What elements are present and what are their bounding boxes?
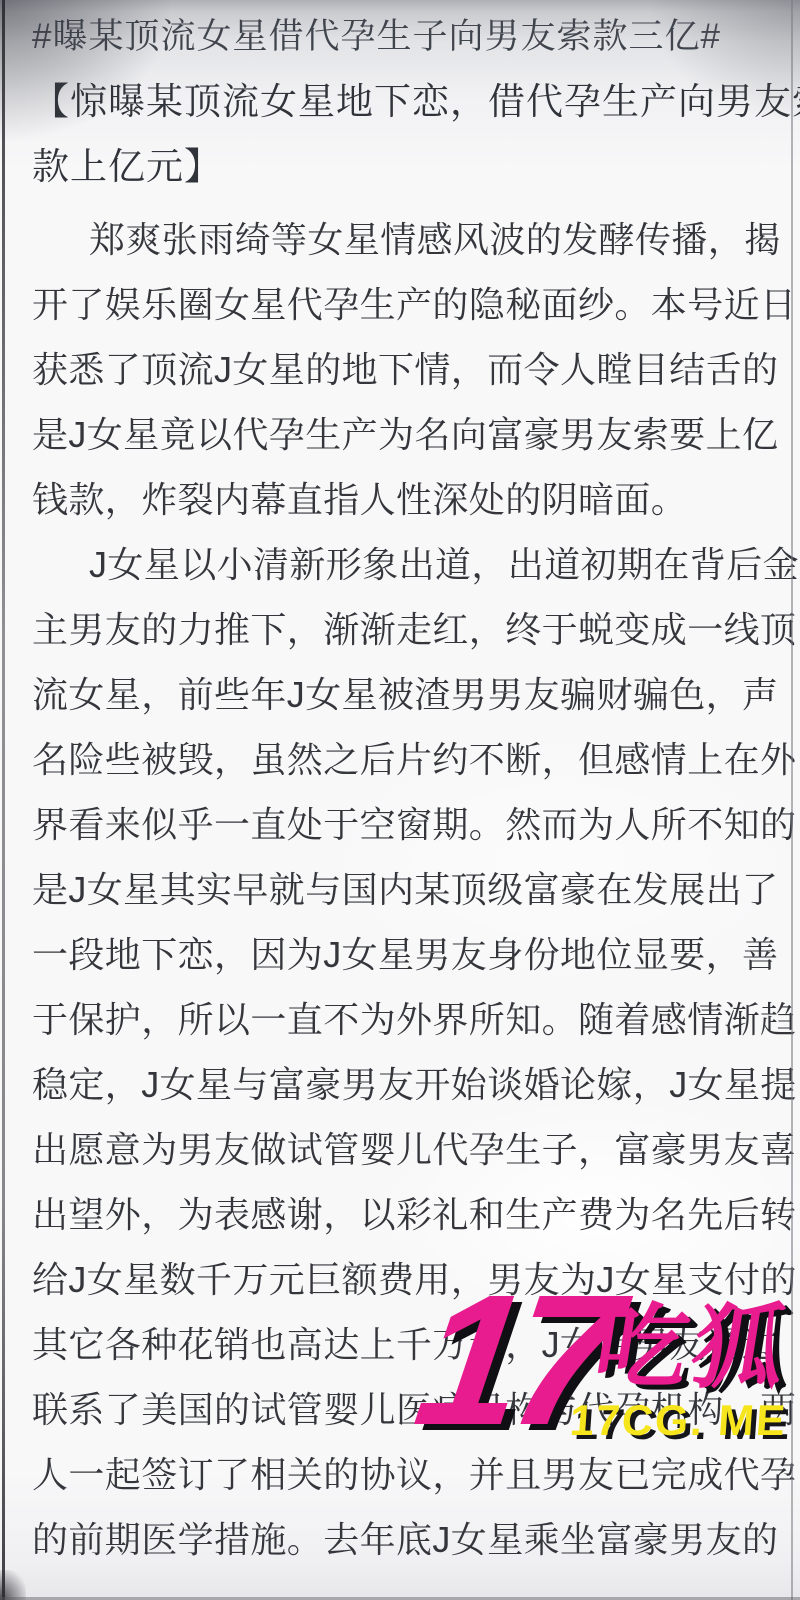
text-line: 的前期医学措施。去年底J女星乘坐富豪男友的 — [32, 1507, 776, 1572]
text-line: 人一起签订了相关的协议，并且男友已完成代孕 — [32, 1442, 776, 1507]
article-image: #曝某顶流女星借代孕生子向男友索款三亿#【惊曝某顶流女星地下恋，借代孕生产向男友… — [0, 0, 800, 1600]
right-edge-border — [791, 0, 793, 1600]
text-line: 一段地下恋，因为J女星男友身份地位显要，善 — [32, 922, 776, 987]
text-line: 联系了美国的试管婴儿医疗机构与代孕机构，两 — [32, 1377, 776, 1442]
text-line: 流女星，前些年J女星被渣男男友骗财骗色，声 — [32, 662, 776, 727]
text-line: 是J女星竟以代孕生产为名向富豪男友索要上亿 — [32, 402, 776, 467]
text-line: 是J女星其实早就与国内某顶级富豪在发展出了 — [32, 857, 776, 922]
text-line: 郑爽张雨绮等女星情感风波的发酵传播，揭 — [32, 207, 776, 272]
text-line: 界看来似乎一直处于空窗期。然而为人所不知的 — [32, 792, 776, 857]
text-line: 其它各种花销也高达上千万元，J女星男友通过 — [32, 1312, 776, 1377]
text-line: 名险些被毁，虽然之后片约不断，但感情上在外 — [32, 727, 776, 792]
text-line: 稳定，J女星与富豪男友开始谈婚论嫁，J女星提 — [32, 1052, 776, 1117]
text-line: 款上亿元】 — [32, 134, 776, 199]
left-edge-border — [2, 0, 5, 1600]
text-line: 给J女星数千万元巨额费用，男友为J女星支付的 — [32, 1247, 776, 1312]
text-line: 于保护，所以一直不为外界所知。随着感情渐趋 — [32, 987, 776, 1052]
text-line: 开了娱乐圈女星代孕生产的隐秘面纱。本号近日 — [32, 272, 776, 337]
text-line: 主男友的力推下，渐渐走红，终于蜕变成一线顶 — [32, 597, 776, 662]
text-line: 出望外，为表感谢，以彩礼和生产费为名先后转 — [32, 1182, 776, 1247]
top-left-vignette — [0, 0, 170, 140]
text-line: 获悉了顶流J女星的地下情，而令人瞠目结舌的 — [32, 337, 776, 402]
text-line: 出愿意为男友做试管婴儿代孕生子，富豪男友喜 — [32, 1117, 776, 1182]
text-line: J女星以小清新形象出道，出道初期在背后金 — [32, 532, 776, 597]
article-text: #曝某顶流女星借代孕生子向男友索款三亿#【惊曝某顶流女星地下恋，借代孕生产向男友… — [32, 4, 776, 1572]
text-line: 钱款，炸裂内幕直指人性深处的阴暗面。 — [32, 467, 776, 532]
top-right-vignette — [650, 0, 800, 120]
